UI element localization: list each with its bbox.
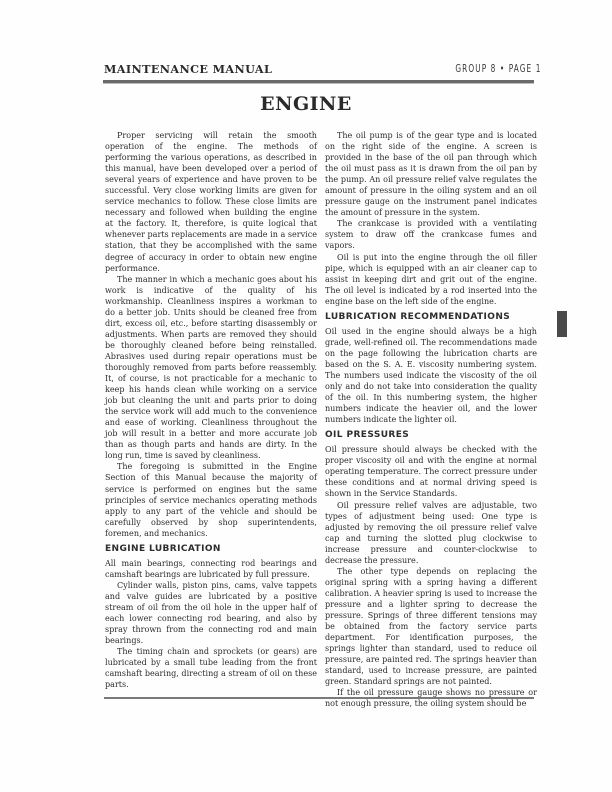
paragraph: All main bearings, connecting rod bearin… [105, 558, 317, 580]
right-column: The oil pump is of the gear type and is … [325, 130, 537, 709]
paragraph: The foregoing is submitted in the Engine… [105, 461, 317, 538]
paragraph: Oil pressure should always be checked wi… [325, 444, 537, 499]
paragraph: Oil is put into the engine through the o… [325, 252, 537, 307]
section-title: ENGINE [0, 93, 612, 115]
paragraph: The timing chain and sprockets (or gears… [105, 646, 317, 690]
header-rule-shadow [103, 83, 534, 84]
paragraph: Oil pressure relief valves are adjustabl… [325, 500, 537, 566]
paragraph: The crankcase is provided with a ventila… [325, 218, 537, 251]
section-tab-marker [557, 311, 567, 337]
group-page-indicator: GROUP 8 • PAGE 1 [456, 63, 542, 75]
paragraph: The manner in which a mechanic goes abou… [105, 274, 317, 462]
paragraph: The oil pump is of the gear type and is … [325, 130, 537, 218]
paragraph: Cylinder walls, piston pins, cams, valve… [105, 580, 317, 646]
manual-page: MAINTENANCE MANUAL GROUP 8 • PAGE 1 ENGI… [0, 0, 612, 792]
left-column: Proper servicing will retain the smooth … [105, 130, 317, 690]
paragraph: Oil used in the engine should always be … [325, 326, 537, 425]
manual-title-header: MAINTENANCE MANUAL [104, 62, 272, 76]
heading-lubrication-recommendations: LUBRICATION RECOMMENDATIONS [325, 312, 537, 323]
paragraph: Proper servicing will retain the smooth … [105, 130, 317, 274]
heading-engine-lubrication: ENGINE LUBRICATION [105, 544, 317, 555]
heading-oil-pressures: OIL PRESSURES [325, 430, 537, 441]
footer-rule [104, 697, 534, 699]
paragraph: The other type depends on replacing the … [325, 566, 537, 688]
